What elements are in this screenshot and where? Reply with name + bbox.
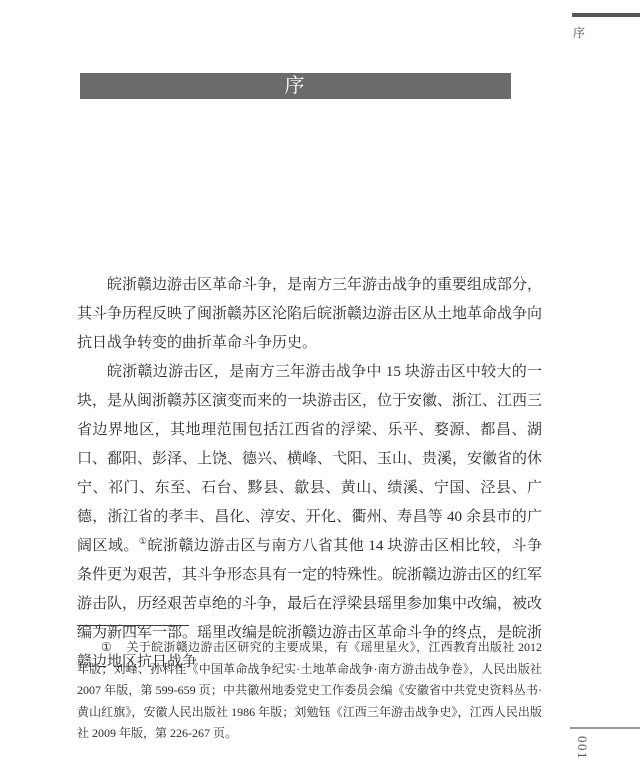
footnote-text: 关于皖浙赣边游击区研究的主要成果，有《瑶里星火》，江西教育出版社 2012 年版… [77, 640, 542, 740]
book-page: 序 序 皖浙赣边游击区革命斗争，是南方三年游击战争的重要组成部分，其斗争历程反映… [0, 0, 640, 773]
footnote-marker: ① [101, 640, 112, 654]
chapter-title-banner: 序 [80, 73, 511, 99]
page-number: 001 [574, 736, 590, 760]
paragraph-1: 皖浙赣边游击区革命斗争，是南方三年游击战争的重要组成部分，其斗争历程反映了闽浙赣… [77, 271, 542, 358]
page-number-rule [570, 727, 640, 729]
paragraph-2-text-before-note: 皖浙赣边游击区，是南方三年游击战争中 15 块游击区中较大的一块，是从闽浙赣苏区… [77, 364, 542, 554]
paragraph-2: 皖浙赣边游击区，是南方三年游击战争中 15 块游击区中较大的一块，是从闽浙赣苏区… [77, 358, 542, 677]
body-text: 皖浙赣边游击区革命斗争，是南方三年游击战争的重要组成部分，其斗争历程反映了闽浙赣… [77, 271, 542, 677]
running-header-title: 序 [573, 24, 586, 41]
running-header-rule [572, 13, 640, 17]
footnote: ①关于皖浙赣边游击区研究的主要成果，有《瑶里星火》，江西教育出版社 2012 年… [77, 637, 542, 745]
chapter-title: 序 [285, 75, 307, 97]
paragraph-1-text: 皖浙赣边游击区革命斗争，是南方三年游击战争的重要组成部分，其斗争历程反映了闽浙赣… [77, 277, 542, 351]
footnote-divider [77, 625, 189, 626]
